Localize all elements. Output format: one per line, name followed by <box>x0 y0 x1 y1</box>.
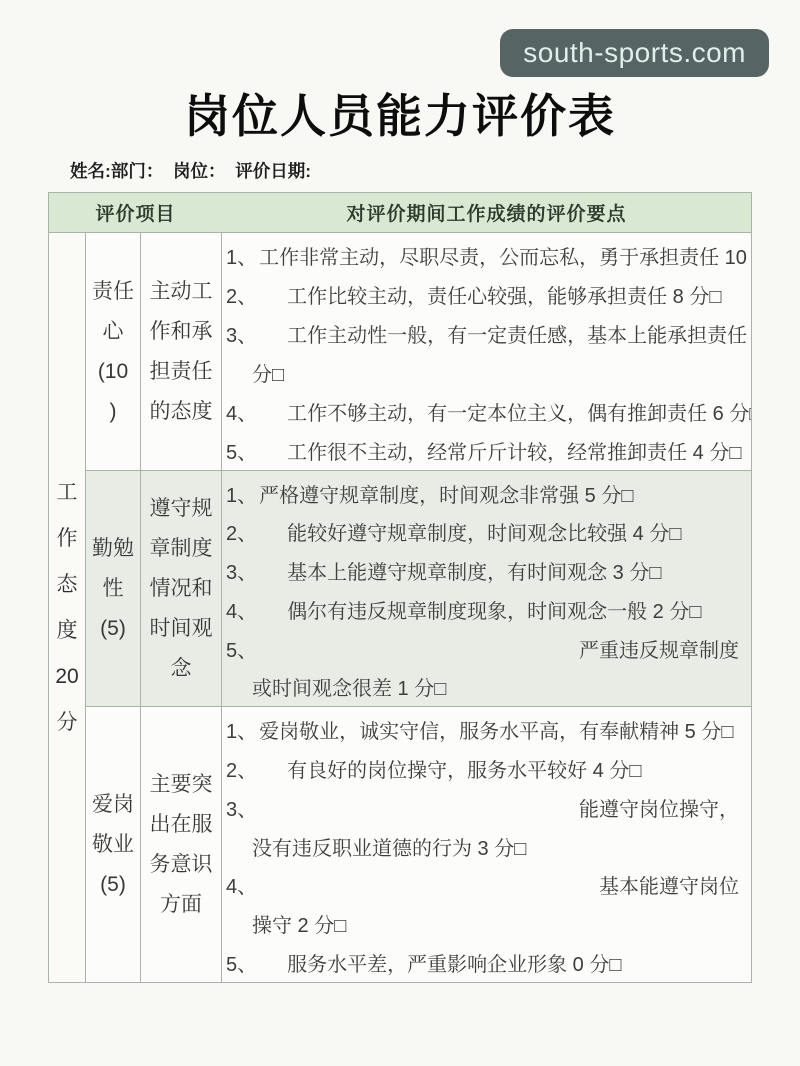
item-desc-diligence: 遵守规 章制度 情况和 时间观 念 <box>141 471 222 707</box>
item-number: 2、 <box>226 280 257 309</box>
criteria-line: 操守 2 分□ <box>226 904 743 943</box>
item-text: 爱岗敬业，诚实守信，服务水平高，有奉献精神 5 分□ <box>259 715 733 744</box>
criteria-list-dedication: 1、爱岗敬业，诚实守信，服务水平高，有奉献精神 5 分□2、有良好的岗位操守，服… <box>222 707 751 982</box>
criteria-line: 3、能遵守岗位操守， <box>226 788 743 827</box>
criteria-line: 或时间观念很差 1 分□ <box>226 667 743 706</box>
item-text: 工作主动性一般，有一定责任感，基本上能承担责任 7 <box>287 319 751 348</box>
criteria-line: 5、工作很不主动，经常斤斤计较，经常推卸责任 4 分□ <box>226 431 743 470</box>
item-number: 3、 <box>226 319 257 348</box>
item-text: 工作很不主动，经常斤斤计较，经常推卸责任 4 分□ <box>287 436 741 465</box>
item-text: 严格遵守规章制度，时间观念非常强 5 分□ <box>259 479 633 508</box>
item-text: 能较好遵守规章制度，时间观念比较强 4 分□ <box>287 517 681 546</box>
criteria-line: 1、爱岗敬业，诚实守信，服务水平高，有奉献精神 5 分□ <box>226 710 743 749</box>
item-number: 5、 <box>226 634 257 663</box>
item-number: 4、 <box>226 595 257 624</box>
item-text: 服务水平差，严重影响企业形象 0 分□ <box>287 948 621 977</box>
criteria-line: 没有违反职业道德的行为 3 分□ <box>226 827 743 866</box>
item-text: 基本能遵守岗位 <box>599 870 743 899</box>
watermark-badge: south-sports.com <box>500 29 769 77</box>
header-eval-item: 评价项目 <box>49 193 222 233</box>
item-text: 严重违反规章制度 <box>579 634 743 663</box>
item-label-responsibility: 责任 心 (10 ) <box>86 233 141 471</box>
item-label-dedication: 爱岗 敬业 (5) <box>86 707 141 982</box>
item-number: 2、 <box>226 517 257 546</box>
item-text: 或时间观念很差 1 分□ <box>252 672 446 701</box>
criteria-list-responsibility: 1、工作非常主动，尽职尽责，公而忘私，勇于承担责任 10 分□2、工作比较主动，… <box>222 233 751 471</box>
page-title: 岗位人员能力评价表 <box>0 80 800 146</box>
item-text: 工作非常主动，尽职尽责，公而忘私，勇于承担责任 10 分□ <box>259 241 751 270</box>
criteria-line: 1、严格遵守规章制度，时间观念非常强 5 分□ <box>226 474 743 513</box>
item-label-diligence: 勤勉 性 (5) <box>86 471 141 707</box>
item-number: 1、 <box>226 715 257 744</box>
group-label-work-attitude: 工 作 态 度 20 分 <box>49 233 86 982</box>
item-text: 有良好的岗位操守，服务水平较好 4 分□ <box>287 754 641 783</box>
item-number: 4、 <box>226 397 257 426</box>
item-text: 操守 2 分□ <box>252 909 346 938</box>
criteria-line: 4、偶尔有违反规章制度现象，时间观念一般 2 分□ <box>226 590 743 629</box>
item-number: 4、 <box>226 870 257 899</box>
item-text: 工作比较主动，责任心较强，能够承担责任 8 分□ <box>287 280 721 309</box>
criteria-line: 分□ <box>226 353 743 392</box>
criteria-line: 5、服务水平差，严重影响企业形象 0 分□ <box>226 943 743 982</box>
evaluation-table: 评价项目 对评价期间工作成绩的评价要点 工 作 态 度 20 分 责任 心 (1… <box>48 192 752 983</box>
criteria-line: 2、有良好的岗位操守，服务水平较好 4 分□ <box>226 749 743 788</box>
page: south-sports.com 岗位人员能力评价表 姓名:部门： 岗位： 评价… <box>0 0 800 1066</box>
criteria-line: 2、工作比较主动，责任心较强，能够承担责任 8 分□ <box>226 275 743 314</box>
item-desc-dedication: 主要突 出在服 务意识 方面 <box>141 707 222 982</box>
header-eval-points: 对评价期间工作成绩的评价要点 <box>222 193 751 233</box>
item-text: 能遵守岗位操守， <box>579 793 743 822</box>
item-number: 5、 <box>226 948 257 977</box>
item-number: 2、 <box>226 754 257 783</box>
item-number: 1、 <box>226 241 257 270</box>
criteria-line: 1、工作非常主动，尽职尽责，公而忘私，勇于承担责任 10 分□ <box>226 236 743 275</box>
criteria-line: 3、工作主动性一般，有一定责任感，基本上能承担责任 7 <box>226 314 743 353</box>
item-text: 基本上能遵守规章制度，有时间观念 3 分□ <box>287 556 661 585</box>
criteria-list-diligence: 1、严格遵守规章制度，时间观念非常强 5 分□2、能较好遵守规章制度，时间观念比… <box>222 471 751 707</box>
item-text: 偶尔有违反规章制度现象，时间观念一般 2 分□ <box>287 595 701 624</box>
criteria-line: 4、基本能遵守岗位 <box>226 865 743 904</box>
criteria-line: 4、工作不够主动，有一定本位主义，偶有推卸责任 6 分□ <box>226 392 743 431</box>
criteria-line: 2、能较好遵守规章制度，时间观念比较强 4 分□ <box>226 513 743 552</box>
item-number: 1、 <box>226 479 257 508</box>
item-text: 没有违反职业道德的行为 3 分□ <box>252 832 526 861</box>
item-text: 分□ <box>252 358 284 387</box>
item-text: 工作不够主动，有一定本位主义，偶有推卸责任 6 分□ <box>287 397 751 426</box>
criteria-line: 3、基本上能遵守规章制度，有时间观念 3 分□ <box>226 551 743 590</box>
item-desc-responsibility: 主动工 作和承 担责任 的态度 <box>141 233 222 471</box>
item-number: 3、 <box>226 793 257 822</box>
item-number: 3、 <box>226 556 257 585</box>
item-number: 5、 <box>226 436 257 465</box>
form-meta-line: 姓名:部门： 岗位： 评价日期: <box>70 158 311 183</box>
criteria-line: 5、严重违反规章制度 <box>226 629 743 668</box>
